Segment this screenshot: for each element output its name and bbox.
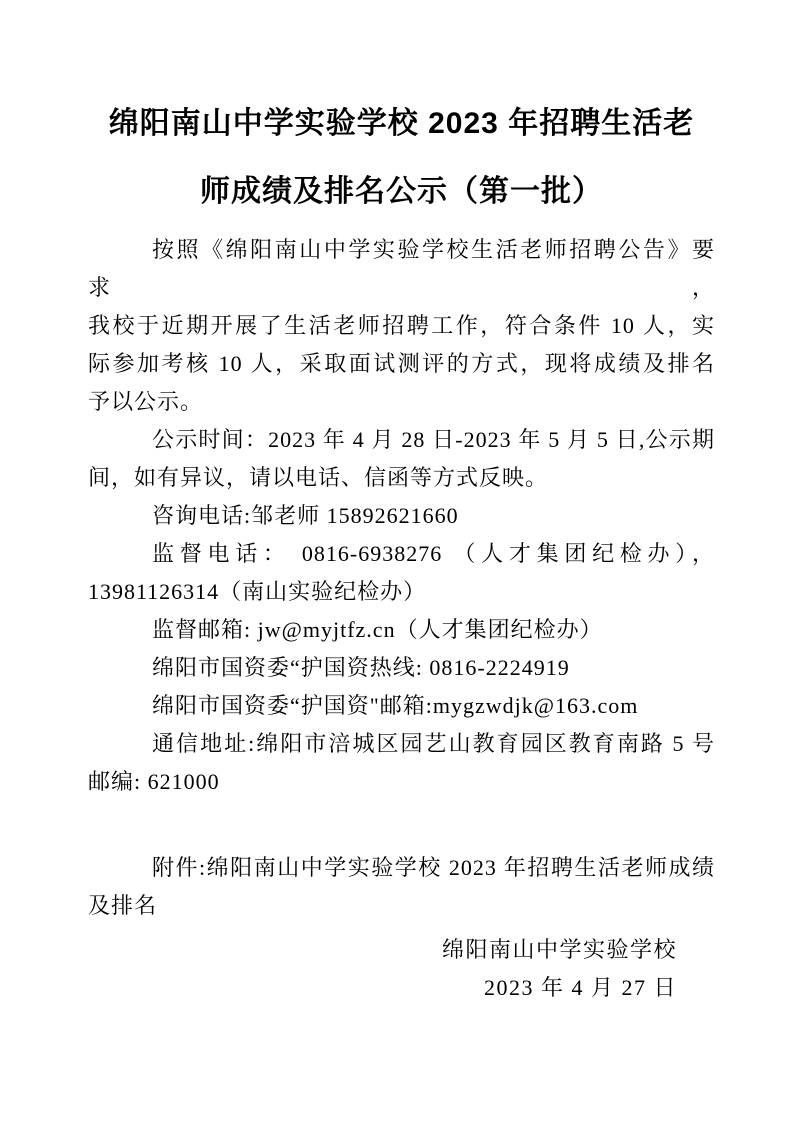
signature-org: 绵阳南山中学实验学校 [88, 931, 677, 969]
body-line-supervise-phone: 监督电话： 0816-6938276 （人才集团纪检办）， [88, 535, 715, 573]
body-line-supervise-email: 监督邮箱: jw@myjtfz.cn（人才集团纪检办） [88, 611, 715, 649]
signature-block: 绵阳南山中学实验学校 2023 年 4 月 27 日 [88, 931, 715, 1007]
document-content: 绵阳南山中学实验学校 2023 年招聘生活老 师成绩及排名公示（第一批） 按照《… [0, 0, 800, 1007]
body-line-attachment: 附件:绵阳南山中学实验学校 2023 年招聘生活老师成绩 [88, 849, 715, 887]
body-line: 际参加考核 10 人，采取面试测评的方式，现将成绩及排名 [88, 345, 715, 383]
body-line: 公示时间：2023 年 4 月 28 日-2023 年 5 月 5 日,公示期 [88, 421, 715, 459]
blank-line [88, 801, 715, 849]
body-line-postcode: 邮编: 621000 [88, 763, 715, 801]
body-line-supervise-phone-2: 13981126314（南山实验纪检办） [88, 573, 715, 611]
body-line-gz-email: 绵阳市国资委“护国资"邮箱:mygzwdjk@163.com [88, 687, 715, 725]
body-line-attachment-2: 及排名 [88, 887, 715, 925]
document-body: 按照《绵阳南山中学实验学校生活老师招聘公告》要求， 我校于近期开展了生活老师招聘… [88, 231, 715, 925]
document-page: 绵阳南山中学实验学校 2023 年招聘生活老 师成绩及排名公示（第一批） 按照《… [0, 0, 800, 1131]
document-title-line-2: 师成绩及排名公示（第一批） [88, 158, 715, 226]
body-line-address: 通信地址:绵阳市涪城区园艺山教育园区教育南路 5 号 [88, 725, 715, 763]
body-line: 按照《绵阳南山中学实验学校生活老师招聘公告》要求， [88, 231, 715, 307]
signature-date: 2023 年 4 月 27 日 [88, 969, 677, 1007]
body-line-consult-phone: 咨询电话:邹老师 15892621660 [88, 497, 715, 535]
body-line: 间，如有异议，请以电话、信函等方式反映。 [88, 459, 715, 497]
document-title-line-1: 绵阳南山中学实验学校 2023 年招聘生活老 [88, 90, 715, 158]
document-title: 绵阳南山中学实验学校 2023 年招聘生活老 师成绩及排名公示（第一批） [88, 90, 715, 226]
body-line: 我校于近期开展了生活老师招聘工作，符合条件 10 人，实 [88, 307, 715, 345]
body-line: 予以公示。 [88, 383, 715, 421]
body-line-hotline: 绵阳市国资委“护国资热线: 0816-2224919 [88, 649, 715, 687]
